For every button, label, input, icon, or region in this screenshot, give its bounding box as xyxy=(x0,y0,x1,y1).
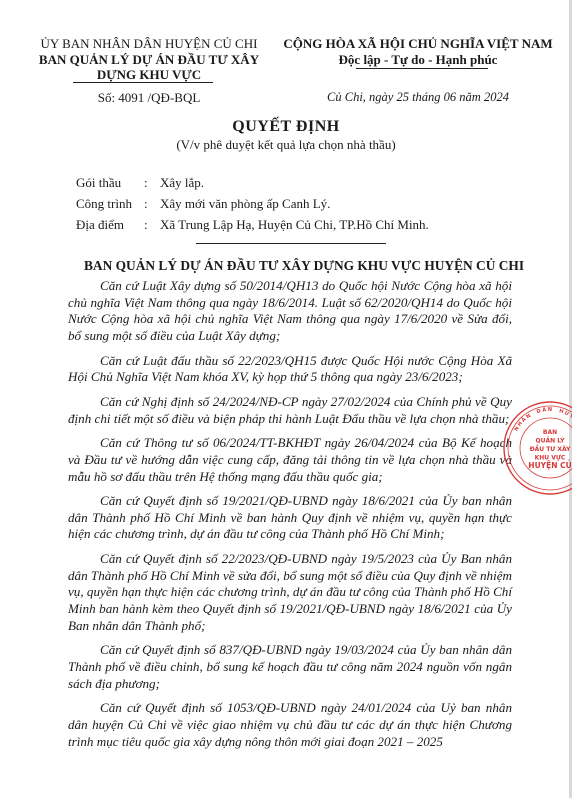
legal-basis-paragraph: Căn cứ Thông tư số 06/2024/TT-BKHĐT ngày… xyxy=(68,435,512,485)
info-label: Địa điểm xyxy=(76,217,144,233)
legal-basis-paragraph: Căn cứ Quyết định số 837/QĐ-UBND ngày 19… xyxy=(68,642,512,692)
issuing-authority: BAN QUẢN LÝ DỰ ÁN ĐẦU TƯ XÂY DỰNG KHU VỰ… xyxy=(84,258,524,274)
svg-text:HUYỆN CỦ: HUYỆN CỦ xyxy=(528,460,571,470)
official-stamp-icon: BANQUẢN LÝĐẦU TƯ XÂYKHU VỰCHUYỆN CỦNHÂN … xyxy=(500,398,572,498)
svg-text:D: D xyxy=(536,408,542,415)
motto-underline xyxy=(356,68,488,69)
document-title: QUYẾT ĐỊNH xyxy=(0,118,572,136)
info-value: Xây lắp. xyxy=(160,175,204,190)
legal-basis-paragraph: Căn cứ Quyết định số 1053/QĐ-UBND ngày 2… xyxy=(68,700,512,750)
info-row-package: Gói thầu:Xây lắp. xyxy=(76,175,204,191)
document-subtitle: (V/v phê duyệt kết quả lựa chọn nhà thầu… xyxy=(0,137,572,153)
info-separator: : xyxy=(144,217,160,233)
legal-basis-paragraph: Căn cứ Nghị định số 24/2024/NĐ-CP ngày 2… xyxy=(68,394,512,427)
agency-name-line1: BAN QUẢN LÝ DỰ ÁN ĐẦU TƯ XÂY xyxy=(20,52,278,68)
svg-text:ĐẦU TƯ XÂY: ĐẦU TƯ XÂY xyxy=(530,444,572,453)
info-separator: : xyxy=(144,196,160,212)
svg-text:N: N xyxy=(548,407,552,413)
legal-basis-paragraph: Căn cứ Luật Xây dựng số 50/2014/QH13 do … xyxy=(68,278,512,344)
national-motto: Độc lập - Tự do - Hạnh phúc xyxy=(268,52,568,68)
section-divider xyxy=(196,243,386,244)
svg-text:QUẢN LÝ: QUẢN LÝ xyxy=(536,437,566,445)
svg-text:N: N xyxy=(525,413,532,420)
info-label: Gói thầu xyxy=(76,175,144,191)
agency-underline xyxy=(73,82,213,83)
info-value: Xây mới văn phòng ấp Canh Lý. xyxy=(160,196,330,211)
agency-name-line2: DỰNG KHU VỰC xyxy=(20,67,278,83)
info-separator: : xyxy=(144,175,160,191)
svg-text:Â: Â xyxy=(542,406,547,414)
legal-basis-paragraph: Căn cứ Quyết định số 19/2021/QĐ-UBND ngà… xyxy=(68,493,512,543)
legal-basis-paragraph: Căn cứ Luật đấu thầu số 22/2023/QH15 đượ… xyxy=(68,353,512,386)
national-title: CỘNG HÒA XÃ HỘI CHỦ NGHĨA VIỆT NAM xyxy=(268,36,568,52)
info-row-project: Công trình:Xây mới văn phòng ấp Canh Lý. xyxy=(76,196,330,212)
info-label: Công trình xyxy=(76,196,144,212)
legal-basis-paragraph: Căn cứ Quyết định số 22/2023/QĐ-UBND ngà… xyxy=(68,551,512,634)
place-date: Củ Chi, ngày 25 tháng 06 năm 2024 xyxy=(268,90,568,105)
info-value: Xã Trung Lập Hạ, Huyện Củ Chi, TP.Hồ Chí… xyxy=(160,217,429,232)
document-number: Số: 4091 /QĐ-BQL xyxy=(20,90,278,106)
legal-basis: Căn cứ Luật Xây dựng số 50/2014/QH13 do … xyxy=(68,278,512,758)
info-row-location: Địa điểm:Xã Trung Lập Hạ, Huyện Củ Chi, … xyxy=(76,217,429,233)
svg-text:BAN: BAN xyxy=(543,429,557,436)
agency-parent: ỦY BAN NHÂN DÂN HUYỆN CỦ CHI xyxy=(20,36,278,52)
